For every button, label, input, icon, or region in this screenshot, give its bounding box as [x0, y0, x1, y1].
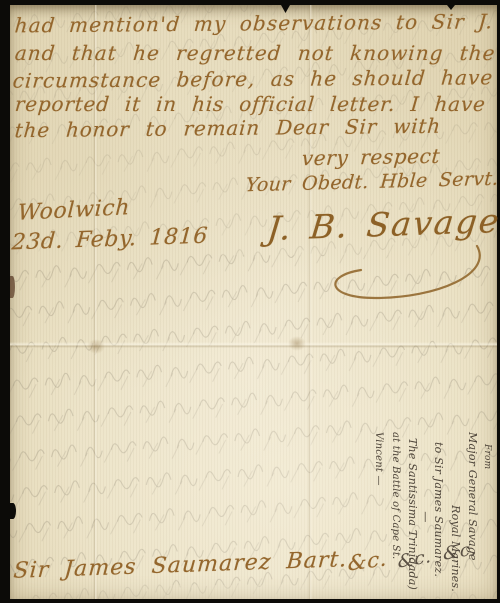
- side-note-line: Royal Marines.: [447, 432, 464, 602]
- side-note-line: to Sir James Saumarez.: [430, 442, 447, 602]
- side-note-line: at the Battle of Cape St. Vincent —: [370, 432, 404, 602]
- archival-side-note: From Major General Savage Royal Marines.…: [364, 432, 492, 602]
- letter-body-line: reported it in his official letter. I ha…: [14, 92, 487, 116]
- paper-edge-notch: [10, 503, 16, 519]
- crease-knot: [87, 339, 105, 354]
- letter-scan: { "page": { "background_color": "#0c0b08…: [0, 0, 500, 603]
- signature-flourish: [295, 240, 495, 310]
- side-note-line: Major General Savage: [464, 432, 481, 602]
- letter-body-line: had mention'd my observations to Sir J. …: [14, 9, 500, 38]
- letter-body-line: and that he regretted not knowing the: [14, 41, 497, 65]
- crease-knot: [288, 336, 306, 351]
- side-note-line: The Santissima Trinidada): [404, 438, 421, 602]
- letter-body-line: circumstance before, as he should have: [12, 65, 494, 92]
- side-note-line: —: [421, 432, 430, 602]
- closing-respect: very respect: [301, 144, 441, 170]
- side-note-line: From: [481, 444, 492, 602]
- letter-body-line: the honor to remain Dear Sir with: [14, 114, 442, 142]
- edge-ink-stain: [10, 276, 15, 298]
